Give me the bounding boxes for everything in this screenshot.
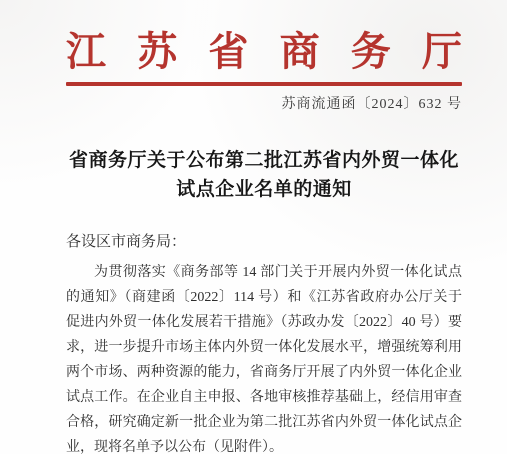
body-line: 的通知》（商建函〔2022〕114 号）和《江苏省政府办公厅关于 xyxy=(66,285,462,310)
body-line: 合格，研究确定新一批企业为第二批江苏省内外贸一体化试点企 xyxy=(66,410,462,435)
notice-title: 省商务厅关于公布第二批江苏省内外贸一体化 试点企业名单的通知 xyxy=(66,146,462,204)
document-number: 苏商流通函〔2024〕632 号 xyxy=(66,93,462,113)
body-line: 为贯彻落实《商务部等 14 部门关于开展内外贸一体化试点 xyxy=(66,260,462,285)
notice-content: 江 苏 省 商 务 厅 苏商流通函〔2024〕632 号 省商务厅关于公布第二批… xyxy=(66,28,462,454)
notice-body: 为贯彻落实《商务部等 14 部门关于开展内外贸一体化试点 的通知》（商建函〔20… xyxy=(66,260,462,454)
body-line: 两个市场、两种资源的能力，省商务厅开展了内外贸一体化企业 xyxy=(66,360,462,385)
notice-title-line-1: 省商务厅关于公布第二批江苏省内外贸一体化 xyxy=(66,146,462,175)
official-notice-page: 江 苏 省 商 务 厅 苏商流通函〔2024〕632 号 省商务厅关于公布第二批… xyxy=(0,0,507,454)
body-line: 促进内外贸一体化发展若干措施》（苏政办发〔2022〕40 号）要 xyxy=(66,310,462,335)
body-line: 试点工作。在企业自主申报、各地审核推荐基础上，经信用审查 xyxy=(66,385,462,410)
notice-title-line-2: 试点企业名单的通知 xyxy=(66,175,462,204)
body-line: 求，进一步提升市场主体内外贸一体化发展水平，增强统筹利用 xyxy=(66,335,462,360)
body-line: 业，现将名单予以公布（见附件）。 xyxy=(66,435,462,454)
letterhead-divider xyxy=(66,82,462,86)
agency-letterhead: 江 苏 省 商 务 厅 xyxy=(66,28,462,76)
salutation: 各设区市商务局： xyxy=(66,231,462,253)
